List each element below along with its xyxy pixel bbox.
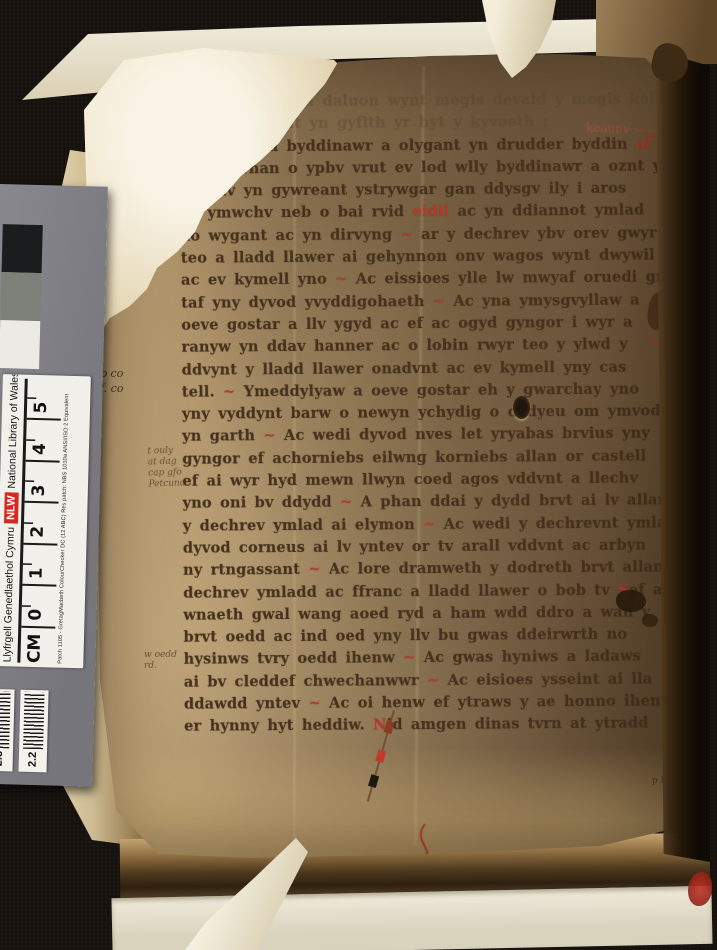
grayscale-patch bbox=[0, 272, 41, 321]
text-segment: yno oni bv ddydd bbox=[183, 494, 341, 513]
text-segment: A phan ddai y dydd brvt ai lv allan bbox=[352, 491, 668, 511]
resolution-patch-number: 2.2 bbox=[27, 749, 40, 771]
rubric-segment: al bbox=[636, 135, 651, 153]
ruler-tick: 5 bbox=[27, 379, 62, 421]
resolution-patch-label: 2.2 bbox=[18, 690, 48, 773]
manuscript-line: ac ev kymell yno ~ Ac eissioes ylle lw m… bbox=[181, 268, 681, 295]
manuscript-line: taf yny dyvod yvyddigohaeth ~ Ac yna ymy… bbox=[181, 290, 681, 317]
marginalia-line: f. co bbox=[100, 381, 123, 396]
text-segment: ef a bbox=[629, 580, 663, 598]
text-segment: gyngor ef achorniebs eilwng korniebs all… bbox=[182, 447, 646, 468]
text-segment: taf yny dyvod yvyddigohaeth bbox=[181, 292, 433, 311]
ink-stain bbox=[642, 614, 658, 627]
ruler-tick: 3 bbox=[25, 462, 60, 504]
parchment-hole bbox=[513, 396, 530, 419]
resolution-stripes bbox=[23, 692, 44, 749]
fore-edge-shadow bbox=[656, 50, 710, 862]
resolution-patch-label: 2.3 bbox=[0, 689, 15, 772]
text-segment: teo a lladd llawer ai gehynnon onv wagos… bbox=[181, 246, 655, 267]
marginalia-line: Petcund bbox=[148, 478, 185, 490]
manuscript-line: ddvynt y lladd llawer onadvnt ac ev kyme… bbox=[182, 357, 682, 384]
manuscript-line: er hynny hyt heddiw. Nid amgen dinas tvr… bbox=[184, 714, 684, 741]
ruler-tick: 4 bbox=[26, 420, 61, 462]
text-segment: Ac wedi y dechrevnt ymlad bbox=[435, 513, 676, 532]
manuscript-line: hysinws tvry oedd ihenw ~ Ac gwas hyniws… bbox=[184, 647, 684, 674]
manuscript-line: ddawdd yntev ~ Ac oi henw ef ytraws y ae… bbox=[184, 692, 684, 719]
marginalia-line: rd. bbox=[144, 661, 177, 672]
rubric-segment: ~ bbox=[427, 671, 439, 689]
text-segment: ac yn ddiannot ymlad bbox=[449, 202, 644, 221]
rubric-segment: ~ bbox=[308, 694, 320, 712]
text-segment: Ymeddylyaw a oeve gostar eh y gwarchay y… bbox=[235, 380, 639, 400]
rubric-segment: ~ bbox=[308, 561, 320, 579]
manuscript-line: brvt oedd ac ind oed yny llv bu gwas dde… bbox=[183, 625, 683, 652]
marginalia-line: p co bbox=[100, 366, 123, 381]
ruler-scale: CM 012345 bbox=[17, 379, 61, 664]
margin-note-lower: w oeddrd. bbox=[144, 650, 177, 672]
rubric-segment: ~ bbox=[403, 649, 415, 667]
manuscript-line: ai bv cleddef chwechanwwr ~ Ac eisioes y… bbox=[184, 670, 684, 697]
text-segment: ny rtngassant bbox=[183, 561, 308, 580]
org-name-english: National Library of Wales bbox=[6, 374, 21, 489]
text-segment: y dechrev ymlad ai elymon bbox=[183, 515, 423, 534]
text-segment: oeve gostar a llv ygyd ac ef ac ogyd gyn… bbox=[181, 313, 632, 334]
text-segment: c yna byddinawr a olygant yn drudder byd… bbox=[232, 135, 636, 155]
text-segment: ef ai wyr hyd mewn llwyn coed agos vddvn… bbox=[182, 469, 638, 490]
manuscript-line: oeve gostar a llv ygyd ac ef ac ogyd gyn… bbox=[181, 313, 681, 340]
text-segment: id amgen dinas tvrn at ytradd bbox=[387, 714, 649, 734]
text-segment: er hynny hyt heddiw. bbox=[184, 716, 373, 735]
text-segment: Ac eisioes ysseint ai lla bbox=[439, 670, 652, 689]
text-segment: ddvynt y lladd llawer onadvnt ac ev kyme… bbox=[182, 358, 627, 379]
text-segment: brvt oedd ac ind oed yny llv bu gwas dde… bbox=[183, 625, 627, 646]
rubric-segment: ~ bbox=[340, 493, 352, 511]
ruler-unit-label: CM bbox=[20, 627, 55, 663]
org-name-welsh: Llyfrgell Genedlaethol Cymru bbox=[1, 527, 17, 663]
manuscript-line: ny rtngassant ~ Ac lore dramweth y dodre… bbox=[183, 558, 683, 585]
rubric-segment: S bbox=[618, 581, 629, 599]
text-segment: ai bv cleddef chwechanwwr bbox=[184, 671, 427, 690]
resolution-patch: 2.2 bbox=[18, 690, 48, 773]
text-segment: yny vyddynt barw o newyn ychydig o dydye… bbox=[182, 402, 697, 423]
manuscript-line: gyngor ef achorniebs eilwng korniebs all… bbox=[182, 447, 682, 474]
fold-crease bbox=[414, 66, 425, 846]
rubric-segment: ~ bbox=[423, 515, 435, 533]
text-segment: ao wygant ac yn dirvyng bbox=[181, 226, 401, 245]
manuscript-lines: yny grew a daluon wynt megis devaid y me… bbox=[180, 90, 685, 740]
text-segment: yn garth bbox=[182, 427, 263, 445]
grayscale-wedge bbox=[0, 224, 43, 369]
manuscript-line: dechrev ymladd ac ffranc a lladd llawer … bbox=[183, 580, 683, 607]
text-segment: Ac lore dramweth y dodreth brvt allan a bbox=[321, 558, 682, 578]
text-segment: ac ymwchv neb o bai rvid bbox=[181, 203, 413, 222]
text-segment: ac ev kymell yno bbox=[181, 271, 335, 290]
rubric-annotation: keaunv —— lw bbox=[586, 121, 666, 138]
grayscale-patch bbox=[2, 224, 43, 273]
manuscript-line: teb ilv yn gywreant ystrywgar gan ddysgv… bbox=[180, 179, 680, 206]
manuscript-line: ranyw yn ddav hanner ac o lobin rwyr teo… bbox=[181, 335, 681, 362]
marginalia-line: at dag bbox=[148, 456, 185, 468]
ruler-tick: 0 bbox=[21, 586, 56, 628]
ruler-tick: 1 bbox=[22, 544, 57, 586]
manuscript-line: yny vyddynt barw o newyn ychydig o dydye… bbox=[182, 402, 682, 429]
manuscript-line: yn garth ~ Ac wedi dyvod nves let yryaba… bbox=[182, 424, 682, 451]
quire-repair-mark bbox=[367, 710, 395, 802]
folio-mark: p cof. co bbox=[100, 366, 123, 396]
manuscript-line: wnaeth gwal wang aoed ryd a ham wdd ddro… bbox=[183, 603, 683, 630]
text-segment: Ac yna ymysgvyllaw a bbox=[445, 291, 640, 310]
color-calibration-card: Llyfrgell Genedlaethol Cymru NLW Nationa… bbox=[0, 183, 108, 786]
nlw-logo: NLW bbox=[4, 492, 19, 523]
text-segment: Ac eissioes ylle lw mwyaf oruedi gnot bbox=[348, 268, 684, 288]
manuscript-line: y dechrev ymlad ai elymon ~ Ac wedi y de… bbox=[183, 513, 683, 540]
text-segment: wnaeth gwal wang aoed ryd a ham wdd ddro… bbox=[183, 603, 650, 624]
text-segment: Ac wedi dyvod nves let yryabas brvius yn… bbox=[276, 424, 650, 444]
nlw-scale-label: Llyfrgell Genedlaethol Cymru NLW Nationa… bbox=[0, 374, 91, 668]
ruler-tick: 2 bbox=[23, 503, 58, 545]
manuscript-line: ef ai wyr hyd mewn llwyn coed agos vddvn… bbox=[182, 469, 682, 496]
manuscript-line: yno oni bv ddydd ~ A phan ddai y dydd br… bbox=[183, 491, 683, 518]
rubric-segment: ~ bbox=[433, 292, 445, 310]
resolution-patch-number: 2.3 bbox=[0, 748, 5, 770]
manuscript-line: teo a lladd llawer ai gehynnon onv wagos… bbox=[181, 246, 681, 273]
rubric-segment: ~ bbox=[335, 271, 347, 289]
text-segment: dyvod corneus ai lv yntev or tv arall vd… bbox=[183, 536, 646, 557]
manuscript-line: tell. ~ Ymeddylyaw a oeve gostar eh y gw… bbox=[182, 380, 682, 407]
text-segment: ddawdd yntev bbox=[184, 694, 309, 713]
manuscript-line: ac ymwchv neb o bai rvid eidil ac yn ddi… bbox=[181, 201, 681, 228]
manuscript-photo: A yny grew a daluon wynt megis devaid y … bbox=[0, 0, 717, 950]
rubric-segment: eidil bbox=[412, 203, 449, 221]
leaf-bottom-light bbox=[88, 748, 668, 860]
text-segment: Ac oi henw ef ytraws y ae honno ihenw bbox=[321, 692, 674, 712]
text-segment: vrhan o ypbv vrut ev lod wlly byddinawr … bbox=[232, 157, 672, 178]
marginalia-line: w oedd bbox=[144, 650, 177, 661]
fold-crease bbox=[293, 66, 296, 846]
grayscale-patch bbox=[0, 320, 40, 369]
rubric-segment: ~ bbox=[223, 383, 235, 401]
text-segment: tell. bbox=[182, 383, 223, 401]
text-segment: ranyw yn ddav hanner ac o lobin rwyr teo… bbox=[181, 335, 627, 356]
resolution-stripes bbox=[0, 691, 11, 748]
text-segment: dechrev ymladd ac ffranc a lladd llawer … bbox=[183, 581, 618, 602]
manuscript-line: ao wygant ac yn dirvyng ~ ar y dechrev y… bbox=[181, 224, 681, 251]
text-segment: Ac gwas hyniws a ladaws bbox=[415, 648, 641, 667]
rubric-segment: N bbox=[373, 716, 387, 734]
margin-note-upper: t oulyat dagcap gfoPetcund bbox=[147, 445, 186, 490]
text-segment: teb ilv yn gywreant ystrywgar gan ddysgv… bbox=[180, 179, 626, 200]
ink-stain bbox=[616, 590, 646, 612]
text-segment: hysinws tvry oedd ihenw bbox=[184, 649, 404, 668]
marginalia-line: t ouly bbox=[147, 445, 184, 457]
text-segment: ar y dechrev ybv orev gwyr bbox=[413, 224, 657, 243]
manuscript-line: dyvod corneus ai lv yntev or tv arall vd… bbox=[183, 536, 683, 563]
rubric-segment: ~ bbox=[400, 225, 412, 243]
marginalia-line: cap gfo bbox=[148, 467, 185, 479]
resolution-patch: 2.3 bbox=[0, 689, 15, 772]
rubric-segment: ~ bbox=[263, 427, 275, 445]
